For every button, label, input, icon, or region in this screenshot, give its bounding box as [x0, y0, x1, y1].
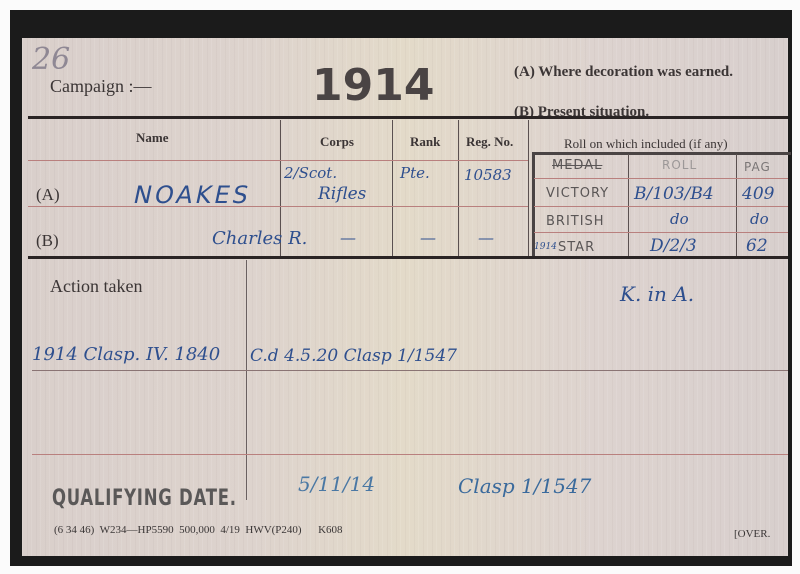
corps-b-value: —: [340, 228, 356, 247]
rank-b-value: —: [420, 228, 436, 247]
roll-rule-1: [534, 178, 788, 179]
row-a-label: (A): [36, 185, 60, 205]
action-entry-left: 1914 Clasp. IV. 1840: [32, 344, 220, 365]
british-page: do: [750, 210, 769, 228]
qualifying-clasp: Clasp 1/1547: [458, 474, 591, 498]
rank-value: Pte.: [400, 164, 430, 182]
legend-where-earned: (A) Where decoration was earned.: [514, 64, 733, 81]
soldier-surname: NOAKES: [131, 181, 254, 209]
roll-rule-2: [534, 206, 788, 207]
row-rule-2: [28, 206, 528, 207]
corps-line-2: Rifles: [318, 184, 366, 204]
corner-note: 26: [32, 42, 70, 77]
roll-rule-3: [534, 232, 788, 233]
roll-header-medal: MEDAL: [552, 158, 602, 173]
british-roll: do: [670, 210, 689, 228]
qualifying-date-label: QUALIFYING DATE.: [52, 486, 237, 511]
divider-rank: [392, 120, 393, 256]
reg-no-value: 10583: [464, 166, 512, 184]
campaign-year: 1914: [312, 60, 434, 111]
row-b-label: (B): [36, 231, 59, 251]
roll-header-page: PAG: [744, 160, 771, 174]
header-corps: Corps: [320, 134, 354, 150]
roll-divider-2: [736, 154, 737, 256]
header-rank: Rank: [410, 134, 440, 150]
qualifying-rule: [32, 454, 788, 455]
reg-no-b-value: —: [478, 228, 494, 247]
medal-british: BRITISH: [546, 214, 605, 229]
header-roll: Roll on which included (if any): [564, 136, 728, 152]
soldier-forenames: Charles R.: [212, 228, 307, 249]
roll-header-roll: ROLL: [662, 158, 697, 172]
star-page: 62: [746, 236, 768, 256]
action-taken-label: Action taken: [50, 276, 142, 297]
campaign-label: Campaign :—: [50, 76, 152, 97]
medal-star: STAR: [558, 240, 595, 255]
action-divider: [246, 260, 247, 500]
medal-index-card: 26 Campaign :— 1914 (A) Where decoration…: [22, 38, 788, 556]
star-prefix: 1914: [534, 242, 557, 252]
victory-page: 409: [742, 184, 774, 204]
divider-roll: [528, 120, 529, 256]
action-entry-right: C.d 4.5.20 Clasp 1/1547: [250, 346, 457, 366]
header-rule: [28, 116, 788, 119]
table-bottom-rule: [28, 256, 788, 259]
qualifying-date-value: 5/11/14: [298, 472, 375, 496]
medal-victory: VICTORY: [546, 186, 609, 201]
row-rule-1: [28, 160, 528, 161]
print-code: (6 34 46) W234—HP5590 500,000 4/19 HWV(P…: [54, 524, 343, 536]
star-roll: D/2/3: [650, 236, 697, 256]
action-entry-rule: [32, 370, 788, 371]
victory-roll: B/103/B4: [634, 184, 714, 204]
divider-reg: [458, 120, 459, 256]
action-status: K. in A.: [620, 282, 694, 306]
over-note: [OVER.: [734, 528, 770, 540]
corps-line-1: 2/Scot.: [284, 164, 337, 182]
header-reg-no: Reg. No.: [466, 134, 513, 150]
roll-divider-1: [628, 154, 629, 256]
header-name: Name: [136, 130, 169, 146]
